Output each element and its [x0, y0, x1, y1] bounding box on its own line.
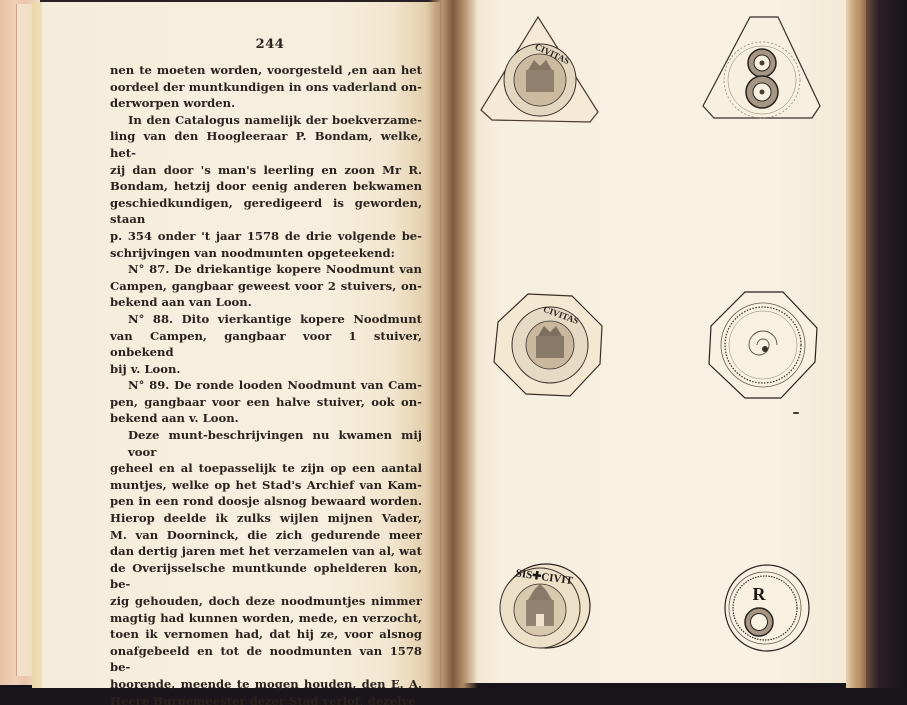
book-scan: 244 nen te moeten worden, voorgesteld ,e…	[0, 0, 907, 705]
text-line: ling van den Hoogleeraar P. Bondam, welk…	[110, 128, 422, 161]
text-line: nen te moeten worden, voorgesteld ,en aa…	[110, 62, 422, 79]
left-page-text: nen te moeten worden, voorgesteld ,en aa…	[110, 62, 422, 705]
text-line: magtig had kunnen worden, mede, en verzo…	[110, 610, 422, 627]
text-line: schrijvingen van noodmunten opgeteekend:	[110, 245, 422, 262]
text-line: geschiedkundigen, geredigeerd is geworde…	[110, 195, 422, 228]
coin-89-reverse-illustration: R	[722, 562, 812, 654]
text-line: Hierop deelde ik zulks wijlen mijnen Vad…	[110, 510, 422, 527]
text-line: In den Catalogus namelijk der boekverzam…	[110, 112, 422, 129]
text-line: onafgebeeld en tot de noodmunten van 157…	[110, 643, 422, 676]
text-line: Deze munt-beschrijvingen nu kwamen mij v…	[110, 427, 422, 460]
text-line: bekend aan van Loon.	[110, 294, 422, 311]
text-line: toen ik vernomen had, dat hij ze, voor a…	[110, 626, 422, 643]
text-line: pen, gangbaar voor een halve stuiver, oo…	[110, 394, 422, 411]
text-line: bij v. Loon.	[110, 361, 422, 378]
text-line: dan dertig jaren met het verzamelen van …	[110, 543, 422, 560]
text-line: derworpen worden.	[110, 95, 422, 112]
coin-87-reverse-illustration	[700, 14, 825, 126]
text-line: pen in een rond doosje alsnog bewaard wo…	[110, 493, 422, 510]
book-gutter	[428, 0, 478, 690]
text-line: N° 87. De driekantige kopere Noodmunt va…	[110, 261, 422, 278]
text-line: Heere Burgemeester dezer Stad verlof, de…	[110, 693, 422, 705]
text-line: p. 354 onder 't jaar 1578 de drie volgen…	[110, 228, 422, 245]
stray-ink-mark	[793, 412, 799, 414]
coin-letter-r: R	[753, 584, 767, 604]
coin-87-obverse-illustration: CIVITAS	[478, 14, 603, 126]
coin-88-obverse-illustration: CIVITAS	[490, 290, 605, 402]
text-line: N° 88. Dito vierkantige kopere Noodmunt	[110, 311, 422, 328]
text-line: M. van Doorninck, die zich gedurende mee…	[110, 527, 422, 544]
text-line: zig gehouden, doch deze noodmuntjes nimm…	[110, 593, 422, 610]
text-line: van Campen, gangbaar voor 1 stuiver, onb…	[110, 328, 422, 361]
page-stack-right	[846, 0, 866, 690]
text-line: bekend aan v. Loon.	[110, 410, 422, 427]
text-line: N° 89. De ronde looden Noodmunt van Cam-	[110, 377, 422, 394]
text-line: oordeel der muntkundigen in ons vaderlan…	[110, 79, 422, 96]
text-line: zij dan door 's man's leerling en zoon M…	[110, 162, 422, 179]
coin-89-obverse-illustration: SIS✚CIVIT	[492, 560, 594, 656]
text-line: hoorende, meende te mogen houden, den E.…	[110, 676, 422, 693]
coin-88-reverse-illustration	[705, 290, 820, 402]
page-number: 244	[240, 37, 300, 52]
text-line: de Overijsselsche muntkunde ophelderen k…	[110, 560, 422, 593]
text-line: geheel en al toepasselijk te zijn op een…	[110, 460, 422, 477]
book-cover-right	[866, 0, 907, 705]
text-line: Bondam, hetzij door eenig anderen bekwam…	[110, 178, 422, 195]
text-line: Campen, gangbaar geweest voor 2 stuivers…	[110, 278, 422, 295]
text-line: muntjes, welke op het Stad's Archief van…	[110, 477, 422, 494]
